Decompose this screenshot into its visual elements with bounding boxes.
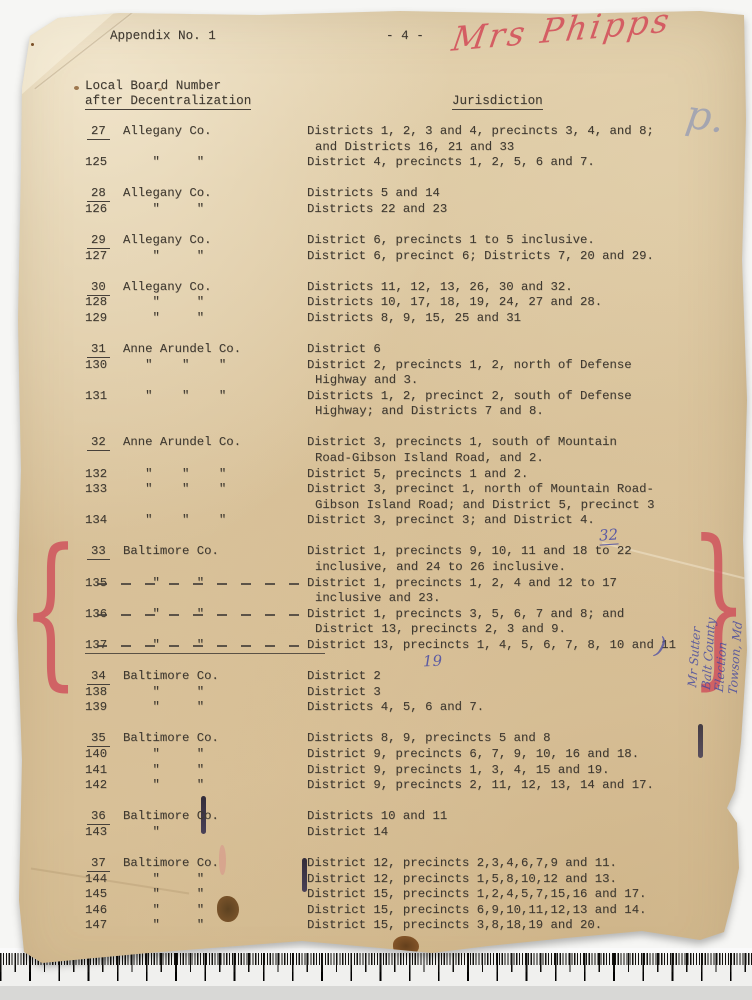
- column-header-jurisdiction: Jurisdiction: [452, 94, 543, 110]
- ditto-marks: " ": [123, 747, 307, 763]
- board-number: 132: [85, 467, 123, 483]
- scan-ruler: [0, 948, 752, 1000]
- board-row: 125 " "District 4, precincts 1, 2, 5, 6 …: [85, 155, 725, 171]
- jurisdiction-text: District 6, precinct 6; Districts 7, 20 …: [307, 249, 707, 265]
- jurisdiction-text: Districts 10 and 11: [307, 809, 707, 825]
- jurisdiction-text: Districts 10, 17, 18, 19, 24, 27 and 28.: [307, 295, 707, 311]
- jurisdiction-cell: District 3, precinct 1, north of Mountai…: [307, 482, 707, 513]
- jurisdiction-cell: District 2: [307, 669, 707, 685]
- page-number: - 4 -: [386, 29, 424, 43]
- handwritten-margin-note: Mr Sutter Balt County Election Towson, M…: [686, 514, 751, 695]
- jurisdiction-text: District 14: [307, 825, 707, 841]
- column-header-board-line1: Local Board Number: [85, 79, 221, 93]
- board-number: 30: [85, 280, 123, 296]
- board-number: 147: [85, 918, 123, 934]
- jurisdiction-text: District 15, precincts 3,8,18,19 and 20.: [307, 918, 707, 934]
- jurisdiction-cell: District 1, precincts 3, 5, 6, 7 and 8; …: [307, 607, 707, 638]
- jurisdiction-cell: District 14: [307, 825, 707, 841]
- jurisdiction-text: District 9, precincts 1, 3, 4, 15 and 19…: [307, 763, 707, 779]
- jurisdiction-cell: District 9, precincts 6, 7, 9, 10, 16 an…: [307, 747, 707, 763]
- board-number: 143: [85, 825, 123, 841]
- board-number: 145: [85, 887, 123, 903]
- county-name: Allegany Co.: [123, 280, 307, 296]
- jurisdiction-cell: Districts 1, 2, 3 and 4, precincts 3, 4,…: [307, 124, 707, 155]
- county-name: Baltimore Co.: [123, 856, 307, 872]
- board-row: 130 " " "District 2, precincts 1, 2, nor…: [85, 358, 725, 389]
- board-number: 146: [85, 903, 123, 919]
- jurisdiction-text: District 2: [307, 669, 707, 685]
- jurisdiction-cell: Districts 10, 17, 18, 19, 24, 27 and 28.: [307, 295, 707, 311]
- ink-speck: [158, 88, 162, 91]
- board-number: 37: [85, 856, 123, 872]
- board-number: 125: [85, 155, 123, 171]
- board-row: 146 " "District 15, precincts 6,9,10,11,…: [85, 903, 725, 919]
- board-number: 135: [85, 576, 123, 607]
- ink-stroke: [302, 858, 307, 892]
- jurisdiction-text: District 13, precincts 1, 4, 5, 6, 7, 8,…: [307, 638, 707, 654]
- ditto-marks: " " ": [123, 482, 307, 513]
- jurisdiction-cell: District 1, precincts 1, 2, 4 and 12 to …: [307, 576, 707, 607]
- board-row: 133 " " "District 3, precinct 1, north o…: [85, 482, 725, 513]
- ditto-marks: " ": [123, 918, 307, 934]
- county-name: Anne Arundel Co.: [123, 435, 307, 466]
- jurisdiction-text: Road-Gibson Island Road, and 2.: [307, 451, 707, 467]
- ditto-marks: " ": [123, 872, 307, 888]
- ditto-marks: " ": [123, 576, 307, 607]
- jurisdiction-text: District 9, precincts 6, 7, 9, 10, 16 an…: [307, 747, 707, 763]
- ditto-marks: " ": [123, 887, 307, 903]
- board-number: 140: [85, 747, 123, 763]
- ditto-marks: " ": [123, 607, 307, 638]
- jurisdiction-cell: Districts 5 and 14: [307, 186, 707, 202]
- red-brace-left: {: [22, 528, 79, 693]
- jurisdiction-text: inclusive, and 24 to 26 inclusive.: [307, 560, 707, 576]
- crease-line: [35, 12, 134, 90]
- board-number: 133: [85, 482, 123, 513]
- board-number: 139: [85, 700, 123, 716]
- board-row: 135 " "District 1, precincts 1, 2, 4 and…: [85, 576, 725, 607]
- jurisdiction-cell: District 3: [307, 685, 707, 701]
- board-number: 136: [85, 607, 123, 638]
- jurisdiction-text: District 1, precincts 9, 10, 11 and 18 t…: [307, 544, 707, 560]
- margin-note-line: Balt County: [700, 517, 725, 691]
- board-number: 33: [85, 544, 123, 575]
- board-section: 36Baltimore Co.Districts 10 and 11143 "D…: [85, 809, 725, 840]
- board-number: 35: [85, 731, 123, 747]
- jurisdiction-cell: Districts 10 and 11: [307, 809, 707, 825]
- jurisdiction-text: Districts 1, 2, 3 and 4, precincts 3, 4,…: [307, 124, 707, 140]
- jurisdiction-text: Gibson Island Road; and District 5, prec…: [307, 498, 707, 514]
- board-section: 31Anne Arundel Co.District 6130 " " "Dis…: [85, 342, 725, 420]
- jurisdiction-text: Districts 11, 12, 13, 26, 30 and 32.: [307, 280, 707, 296]
- jurisdiction-text: inclusive and 23.: [307, 591, 707, 607]
- board-number: 34: [85, 669, 123, 685]
- folded-corner: [0, 0, 180, 120]
- board-number: 31: [85, 342, 123, 358]
- jurisdiction-cell: District 9, precincts 1, 3, 4, 15 and 19…: [307, 763, 707, 779]
- jurisdiction-text: District 15, precincts 6,9,10,11,12,13 a…: [307, 903, 707, 919]
- jurisdiction-text: District 4, precincts 1, 2, 5, 6 and 7.: [307, 155, 707, 171]
- board-row: 144 " "District 12, precincts 1,5,8,10,1…: [85, 872, 725, 888]
- board-row: 30Allegany Co.Districts 11, 12, 13, 26, …: [85, 280, 725, 296]
- board-row: 32Anne Arundel Co.District 3, precincts …: [85, 435, 725, 466]
- column-header-board-line2: after Decentralization: [85, 94, 251, 110]
- board-section: 37Baltimore Co.District 12, precincts 2,…: [85, 856, 725, 934]
- jurisdiction-cell: Districts 8, 9, 15, 25 and 31: [307, 311, 707, 327]
- board-section: 28Allegany Co.Districts 5 and 14126 " "D…: [85, 186, 725, 217]
- jurisdiction-cell: District 12, precincts 1,5,8,10,12 and 1…: [307, 872, 707, 888]
- ditto-marks: " ": [123, 202, 307, 218]
- ditto-marks: " " ": [123, 389, 307, 420]
- board-row: 134 " " "District 3, precinct 3; and Dis…: [85, 513, 725, 529]
- handwritten-number-19: 19: [423, 652, 443, 671]
- jurisdiction-cell: District 12, precincts 2,3,4,6,7,9 and 1…: [307, 856, 707, 872]
- ditto-marks: " ": [123, 295, 307, 311]
- crease-line: [602, 542, 748, 580]
- jurisdiction-text: District 12, precincts 1,5,8,10,12 and 1…: [307, 872, 707, 888]
- board-number: 138: [85, 685, 123, 701]
- jurisdiction-cell: District 6, precincts 1 to 5 inclusive.: [307, 233, 707, 249]
- handwritten-name: Mrs Phipps: [449, 0, 675, 59]
- handwritten-tick-mark: ): [653, 631, 669, 660]
- jurisdiction-text: District 5, precincts 1 and 2.: [307, 467, 707, 483]
- county-name: Baltimore Co.: [123, 544, 307, 575]
- ink-stroke: [201, 796, 206, 834]
- board-number: 131: [85, 389, 123, 420]
- jurisdiction-cell: District 5, precincts 1 and 2.: [307, 467, 707, 483]
- jurisdiction-text: District 3, precinct 1, north of Mountai…: [307, 482, 707, 498]
- stain-blot: [217, 896, 239, 922]
- board-row: 29Allegany Co.District 6, precincts 1 to…: [85, 233, 725, 249]
- board-row: 34Baltimore Co.District 2: [85, 669, 725, 685]
- ditto-marks: " ": [123, 778, 307, 794]
- board-section: 27Allegany Co.Districts 1, 2, 3 and 4, p…: [85, 124, 725, 171]
- ditto-marks: " ": [123, 685, 307, 701]
- pencil-dash-line: [97, 645, 299, 647]
- jurisdiction-cell: District 1, precincts 9, 10, 11 and 18 t…: [307, 544, 707, 575]
- jurisdiction-text: District 1, precincts 1, 2, 4 and 12 to …: [307, 576, 707, 592]
- board-number: 130: [85, 358, 123, 389]
- ditto-marks: " ": [123, 155, 307, 171]
- margin-note-line: Towson, Md: [726, 522, 751, 696]
- board-row: 27Allegany Co.Districts 1, 2, 3 and 4, p…: [85, 124, 725, 155]
- jurisdiction-text: District 2, precincts 1, 2, north of Def…: [307, 358, 707, 374]
- board-number: 36: [85, 809, 123, 825]
- jurisdiction-cell: District 3, precinct 3; and District 4.: [307, 513, 707, 529]
- jurisdiction-text: District 6, precincts 1 to 5 inclusive.: [307, 233, 707, 249]
- jurisdiction-cell: District 15, precincts 6,9,10,11,12,13 a…: [307, 903, 707, 919]
- jurisdiction-text: District 3, precincts 1, south of Mounta…: [307, 435, 707, 451]
- board-row: 138 " "District 3: [85, 685, 725, 701]
- board-row: 136 " "District 1, precincts 3, 5, 6, 7 …: [85, 607, 725, 638]
- board-row: 28Allegany Co.Districts 5 and 14: [85, 186, 725, 202]
- document-page: Appendix No. 1 - 4 - Local Board Number …: [0, 0, 752, 1000]
- jurisdiction-text: District 6: [307, 342, 707, 358]
- jurisdiction-cell: Districts 4, 5, 6 and 7.: [307, 700, 707, 716]
- board-number: 142: [85, 778, 123, 794]
- jurisdiction-text: District 1, precincts 3, 5, 6, 7 and 8; …: [307, 607, 707, 623]
- board-row: 141 " "District 9, precincts 1, 3, 4, 15…: [85, 763, 725, 779]
- board-row: 140 " "District 9, precincts 6, 7, 9, 10…: [85, 747, 725, 763]
- jurisdiction-text: Districts 8, 9, 15, 25 and 31: [307, 311, 707, 327]
- board-number: 129: [85, 311, 123, 327]
- margin-note-line: Mr Sutter: [686, 514, 711, 688]
- board-section: 33Baltimore Co.District 1, precincts 9, …: [85, 544, 725, 653]
- ditto-marks: " ": [123, 311, 307, 327]
- ruler-tick-marks: [0, 953, 752, 983]
- pencil-dash-line: [97, 614, 299, 616]
- jurisdiction-cell: District 13, precincts 1, 4, 5, 6, 7, 8,…: [307, 638, 707, 654]
- county-name: Anne Arundel Co.: [123, 342, 307, 358]
- jurisdiction-cell: District 6: [307, 342, 707, 358]
- jurisdiction-text: District 3: [307, 685, 707, 701]
- board-row: 147 " "District 15, precincts 3,8,18,19 …: [85, 918, 725, 934]
- jurisdiction-text: District 12, precincts 2,3,4,6,7,9 and 1…: [307, 856, 707, 872]
- jurisdiction-text: Highway and 3.: [307, 373, 707, 389]
- jurisdiction-cell: Districts 11, 12, 13, 26, 30 and 32.: [307, 280, 707, 296]
- board-row: 127 " "District 6, precinct 6; Districts…: [85, 249, 725, 265]
- jurisdiction-text: District 15, precincts 1,2,4,5,7,15,16 a…: [307, 887, 707, 903]
- paper-shadow: Appendix No. 1 - 4 - Local Board Number …: [0, 0, 752, 1000]
- ditto-marks: " " ": [123, 467, 307, 483]
- ditto-marks: " ": [123, 763, 307, 779]
- jurisdiction-cell: Districts 1, 2, precinct 2, south of Def…: [307, 389, 707, 420]
- board-row: 31Anne Arundel Co.District 6: [85, 342, 725, 358]
- county-name: Baltimore Co.: [123, 809, 307, 825]
- jurisdiction-text: District 9, precincts 2, 11, 12, 13, 14 …: [307, 778, 707, 794]
- jurisdiction-text: Districts 4, 5, 6 and 7.: [307, 700, 707, 716]
- board-number: 128: [85, 295, 123, 311]
- board-row: 126 " "Districts 22 and 23: [85, 202, 725, 218]
- ink-speck: [31, 43, 34, 46]
- handwritten-flourish: p.: [683, 92, 727, 143]
- board-row: 142 " "District 9, precincts 2, 11, 12, …: [85, 778, 725, 794]
- jurisdiction-text: Districts 22 and 23: [307, 202, 707, 218]
- board-number: 27: [85, 124, 123, 155]
- jurisdiction-cell: District 15, precincts 3,8,18,19 and 20.: [307, 918, 707, 934]
- ditto-marks: " ": [123, 700, 307, 716]
- county-name: Allegany Co.: [123, 233, 307, 249]
- board-section: 30Allegany Co.Districts 11, 12, 13, 26, …: [85, 280, 725, 327]
- typed-rule-line: [85, 653, 325, 655]
- jurisdiction-text: Districts 1, 2, precinct 2, south of Def…: [307, 389, 707, 405]
- board-section: 35Baltimore Co.Districts 8, 9, precincts…: [85, 731, 725, 793]
- appendix-label: Appendix No. 1: [110, 29, 216, 43]
- board-number: 29: [85, 233, 123, 249]
- red-brace-right: }: [690, 518, 747, 692]
- ditto-marks: ": [123, 825, 307, 841]
- board-row: 137 " "District 13, precincts 1, 4, 5, 6…: [85, 638, 725, 654]
- board-section: 29Allegany Co.District 6, precincts 1 to…: [85, 233, 725, 264]
- jurisdiction-cell: District 9, precincts 2, 11, 12, 13, 14 …: [307, 778, 707, 794]
- jurisdiction-cell: District 15, precincts 1,2,4,5,7,15,16 a…: [307, 887, 707, 903]
- ditto-marks: " ": [123, 903, 307, 919]
- board-number: 28: [85, 186, 123, 202]
- margin-note-line: Election: [713, 519, 738, 693]
- jurisdiction-cell: District 4, precincts 1, 2, 5, 6 and 7.: [307, 155, 707, 171]
- jurisdiction-text: Districts 5 and 14: [307, 186, 707, 202]
- board-table: 27Allegany Co.Districts 1, 2, 3 and 4, p…: [85, 124, 725, 949]
- pen-stroke: [698, 724, 703, 758]
- ink-speck: [28, 30, 31, 34]
- board-row: 33Baltimore Co.District 1, precincts 9, …: [85, 544, 725, 575]
- ditto-marks: " ": [123, 638, 307, 654]
- board-section: 32Anne Arundel Co.District 3, precincts …: [85, 435, 725, 529]
- board-row: 143 "District 14: [85, 825, 725, 841]
- jurisdiction-text: and Districts 16, 21 and 33: [307, 140, 707, 156]
- ditto-marks: " " ": [123, 358, 307, 389]
- jurisdiction-text: Districts 8, 9, precincts 5 and 8: [307, 731, 707, 747]
- board-row: 37Baltimore Co.District 12, precincts 2,…: [85, 856, 725, 872]
- jurisdiction-text: District 13, precincts 2, 3 and 9.: [307, 622, 707, 638]
- board-row: 132 " " "District 5, precincts 1 and 2.: [85, 467, 725, 483]
- handwritten-number-32: 32: [598, 525, 618, 545]
- jurisdiction-cell: District 2, precincts 1, 2, north of Def…: [307, 358, 707, 389]
- board-row: 128 " "Districts 10, 17, 18, 19, 24, 27 …: [85, 295, 725, 311]
- jurisdiction-text: Highway; and Districts 7 and 8.: [307, 404, 707, 420]
- board-number: 141: [85, 763, 123, 779]
- jurisdiction-cell: Districts 22 and 23: [307, 202, 707, 218]
- board-number: 126: [85, 202, 123, 218]
- ink-speck: [74, 86, 79, 90]
- board-number: 137: [85, 638, 123, 654]
- county-name: Allegany Co.: [123, 186, 307, 202]
- board-row: 35Baltimore Co.Districts 8, 9, precincts…: [85, 731, 725, 747]
- board-row: 131 " " "Districts 1, 2, precinct 2, sou…: [85, 389, 725, 420]
- crease-line: [31, 867, 189, 894]
- board-row: 129 " "Districts 8, 9, 15, 25 and 31: [85, 311, 725, 327]
- board-row: 145 " "District 15, precincts 1,2,4,5,7,…: [85, 887, 725, 903]
- jurisdiction-cell: District 3, precincts 1, south of Mounta…: [307, 435, 707, 466]
- board-number: 144: [85, 872, 123, 888]
- county-name: Allegany Co.: [123, 124, 307, 155]
- board-row: 36Baltimore Co.Districts 10 and 11: [85, 809, 725, 825]
- jurisdiction-text: District 3, precinct 3; and District 4.: [307, 513, 707, 529]
- county-name: Baltimore Co.: [123, 669, 307, 685]
- ditto-marks: " ": [123, 249, 307, 265]
- ditto-marks: " " ": [123, 513, 307, 529]
- jurisdiction-cell: Districts 8, 9, precincts 5 and 8: [307, 731, 707, 747]
- county-name: Baltimore Co.: [123, 731, 307, 747]
- board-number: 127: [85, 249, 123, 265]
- board-number: 134: [85, 513, 123, 529]
- jurisdiction-cell: District 6, precinct 6; Districts 7, 20 …: [307, 249, 707, 265]
- pencil-dash-line: [97, 583, 299, 585]
- board-number: 32: [85, 435, 123, 466]
- board-section: 34Baltimore Co.District 2138 " "District…: [85, 669, 725, 716]
- red-smudge: [219, 845, 226, 875]
- board-row: 139 " "Districts 4, 5, 6 and 7.: [85, 700, 725, 716]
